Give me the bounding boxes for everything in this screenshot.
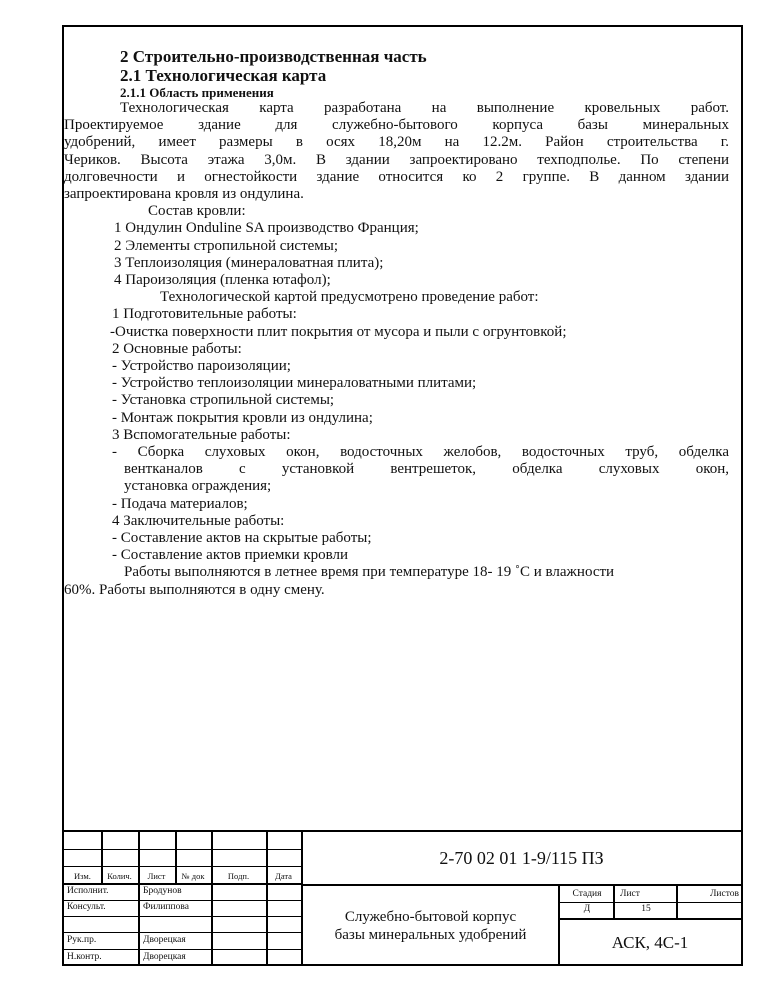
organization: АСК, 4С-1 bbox=[559, 920, 741, 966]
conditions-line: 60%. Работы выполняются в одну смену. bbox=[64, 582, 325, 599]
signer-role: Рук.пр. bbox=[67, 934, 96, 946]
signer-role: Консульт. bbox=[67, 901, 106, 913]
sheet-value: 15 bbox=[616, 903, 676, 915]
roof-item: 3 Теплоизоляция (минераловатная плита); bbox=[114, 255, 383, 272]
aux-line: вентканалов с установкой вентрешеток, об… bbox=[124, 461, 729, 478]
works-line: -Очистка поверхности плит покрытия от му… bbox=[110, 324, 566, 341]
column-header: Лист bbox=[138, 870, 175, 882]
object-name-line2: базы минеральных удобрений bbox=[335, 926, 527, 944]
signer-role: Исполнит. bbox=[67, 885, 109, 897]
intro-line: долговечности и огнестойкости здание отн… bbox=[64, 169, 729, 186]
signer-role: Н.контр. bbox=[67, 951, 102, 963]
stage-value: Д bbox=[561, 903, 613, 915]
intro-line: запроектирована кровля из ондулина. bbox=[64, 186, 304, 203]
sheets-label: Листов bbox=[679, 888, 739, 900]
stage-label: Стадия bbox=[561, 888, 613, 900]
object-name-line1: Служебно-бытовой корпус bbox=[335, 908, 527, 926]
heading-section: 2 Строительно-производственная часть bbox=[120, 47, 427, 67]
final-line: - Составление актов приемки кровли bbox=[112, 547, 348, 564]
works-line: - Устройство пароизоляции; bbox=[112, 358, 291, 375]
column-header: Изм. bbox=[64, 870, 101, 882]
roof-item: 4 Пароизоляция (пленка ютафол); bbox=[114, 272, 331, 289]
signer-name: Филиппова bbox=[143, 901, 189, 913]
works-line: - Устройство теплоизоляции минераловатны… bbox=[112, 375, 476, 392]
final-line: - Составление актов на скрытые работы; bbox=[112, 530, 372, 547]
works-heading: Технологической картой предусмотрено про… bbox=[160, 289, 539, 306]
document-code: 2-70 02 01 1-9/115 ПЗ bbox=[302, 832, 741, 884]
roof-item: 1 Ондулин Onduline SA производство Франц… bbox=[114, 220, 419, 237]
heading-subsection: 2.1 Технологическая карта bbox=[120, 66, 326, 86]
column-header: № док bbox=[175, 870, 211, 882]
roof-item: 2 Элементы стропильной системы; bbox=[114, 238, 338, 255]
intro-line: удобрений, имеет размеры в осях 18,20м н… bbox=[64, 134, 729, 151]
signer-name: Дворецкая bbox=[143, 934, 186, 946]
signer-name: Дворецкая bbox=[143, 951, 186, 963]
sheet-label: Лист bbox=[616, 888, 680, 900]
object-name: Служебно-бытовой корпус базы минеральных… bbox=[302, 886, 559, 966]
works-line: - Установка стропильной системы; bbox=[112, 392, 334, 409]
heading-scope: 2.1.1 Область применения bbox=[120, 85, 274, 101]
signer-name: Бродунов bbox=[143, 885, 182, 897]
column-header: Подп. bbox=[211, 870, 266, 882]
aux-line: - Сборка слуховых окон, водосточных жело… bbox=[112, 444, 729, 461]
roof-heading: Состав кровли: bbox=[148, 203, 246, 220]
final-line: 4 Заключительные работы: bbox=[112, 513, 284, 530]
intro-line: Чериков. Высота этажа 3,0м. В здании зап… bbox=[64, 152, 729, 169]
aux-line: установка ограждения; bbox=[124, 478, 271, 495]
column-header: Колич. bbox=[101, 870, 138, 882]
works-line: 2 Основные работы: bbox=[112, 341, 242, 358]
intro-line: Проектируемое здание для служебно-бытово… bbox=[64, 117, 729, 134]
final-line: - Подача материалов; bbox=[112, 496, 248, 513]
title-block: Изм.Колич.Лист№ докПодп.Дата Исполнит.Бр… bbox=[64, 830, 741, 966]
conditions-line: Работы выполняются в летнее время при те… bbox=[124, 564, 614, 581]
column-header: Дата bbox=[266, 870, 301, 882]
intro-line: Технологическая карта разработана на вып… bbox=[120, 100, 729, 117]
works-line: - Монтаж покрытия кровли из ондулина; bbox=[112, 410, 373, 427]
drawing-frame: 2 Строительно-производственная часть 2.1… bbox=[62, 25, 743, 966]
works-line: 1 Подготовительные работы: bbox=[112, 306, 297, 323]
works-line: 3 Вспомогательные работы: bbox=[112, 427, 291, 444]
